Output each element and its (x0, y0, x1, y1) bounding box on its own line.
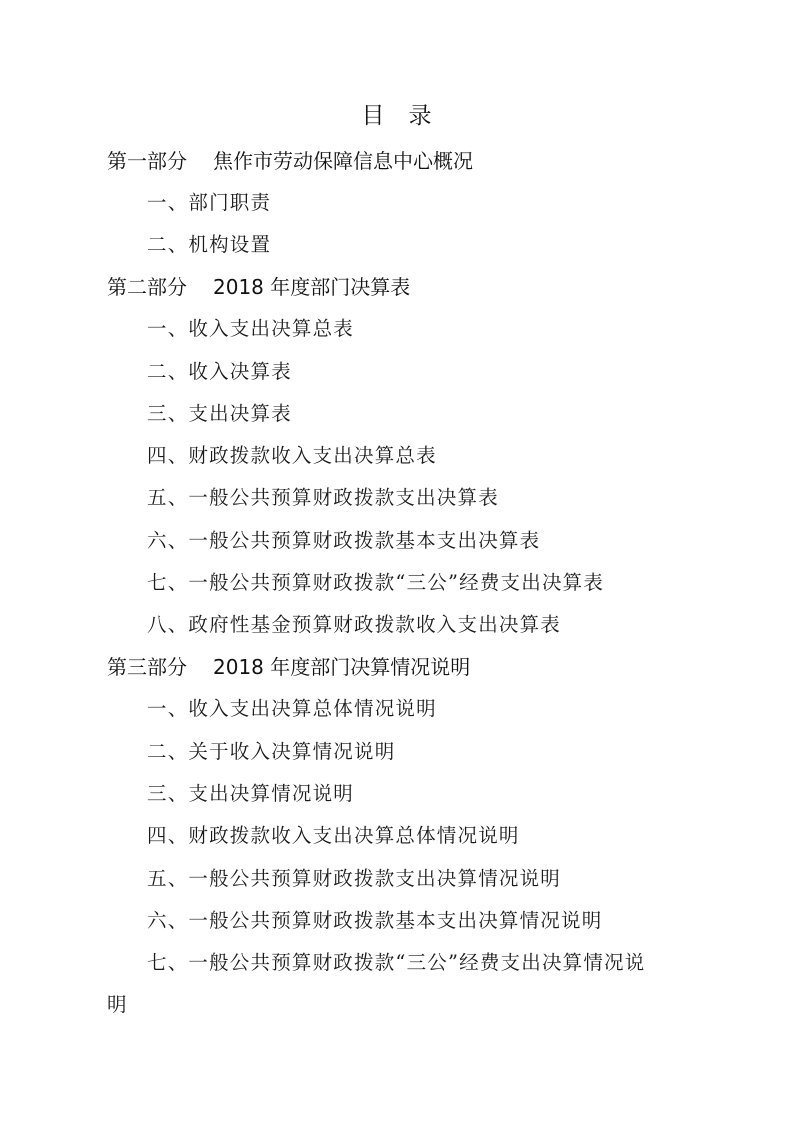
part-title: 2018 年度部门决算情况说明 (213, 652, 470, 682)
document-page: 目录 第一部分焦作市劳动保障信息中心概况 一、部门职责 二、机构设置 第二部分2… (0, 0, 793, 1122)
toc-item-wrap: 明 (107, 990, 127, 1020)
part-title: 2018 年度部门决算表 (213, 272, 410, 302)
part-label: 第二部分 (107, 272, 187, 302)
title-char-1: 目 (362, 100, 385, 132)
toc-part-2: 第二部分2018 年度部门决算表 (107, 272, 410, 302)
part-label: 第三部分 (107, 652, 187, 682)
part-label: 第一部分 (107, 146, 187, 176)
title-char-2: 录 (409, 100, 432, 132)
toc-item: 七、一般公共预算财政拨款“三公”经费支出决算表 (147, 568, 604, 598)
toc-item: 一、收入支出决算总表 (147, 314, 354, 344)
part-title: 焦作市劳动保障信息中心概况 (213, 146, 473, 176)
page-title: 目录 (0, 100, 793, 132)
toc-item: 三、支出决算表 (147, 399, 292, 429)
toc-item: 三、支出决算情况说明 (147, 779, 354, 809)
toc-item: 六、一般公共预算财政拨款基本支出决算情况说明 (147, 906, 602, 936)
toc-item: 六、一般公共预算财政拨款基本支出决算表 (147, 526, 540, 556)
toc-item: 五、一般公共预算财政拨款支出决算情况说明 (147, 864, 561, 894)
toc-item: 二、机构设置 (147, 230, 271, 260)
toc-item: 七、一般公共预算财政拨款“三公”经费支出决算情况说 (147, 948, 645, 978)
toc-item: 一、收入支出决算总体情况说明 (147, 694, 437, 724)
toc-part-1: 第一部分焦作市劳动保障信息中心概况 (107, 146, 473, 176)
toc-item: 四、财政拨款收入支出决算总体情况说明 (147, 821, 520, 851)
toc-item: 四、财政拨款收入支出决算总表 (147, 441, 437, 471)
toc-item: 二、收入决算表 (147, 357, 292, 387)
toc-item: 一、部门职责 (147, 188, 271, 218)
toc-item: 八、政府性基金预算财政拨款收入支出决算表 (147, 610, 561, 640)
toc-item: 二、关于收入决算情况说明 (147, 737, 395, 767)
toc-item: 五、一般公共预算财政拨款支出决算表 (147, 483, 499, 513)
toc-part-3: 第三部分2018 年度部门决算情况说明 (107, 652, 470, 682)
